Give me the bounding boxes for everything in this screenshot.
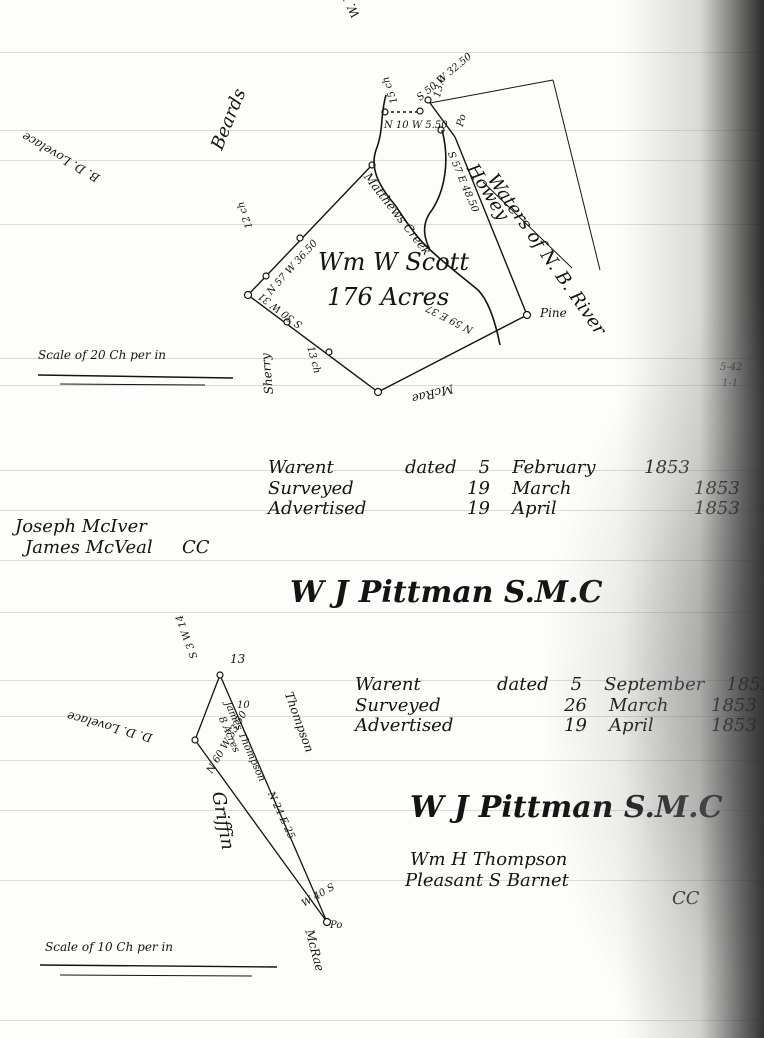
chain-carriers-suffix: CC (672, 888, 700, 909)
date-month: March (512, 479, 672, 500)
date-year: 1853 (711, 716, 757, 737)
date-label: Surveyed (355, 696, 535, 717)
date-label: Advertised (355, 716, 535, 737)
date-month: September (604, 675, 704, 696)
plat-2-scale: Scale of 10 Ch per in (45, 940, 173, 954)
date-month: April (512, 499, 672, 520)
date-day: 19 (460, 499, 490, 520)
scale-1-rule (38, 375, 233, 378)
chain-carrier: Pleasant S Barnet (405, 871, 569, 892)
plat-1-scale: Scale of 20 Ch per in (38, 348, 166, 362)
date-year: 1853 (644, 458, 690, 479)
survey-page: Wm W Scott 176 Acres Waters of N. B. Riv… (0, 0, 764, 1038)
plat-2-bearing: 10 (237, 700, 250, 711)
date-day: 19 (460, 479, 490, 500)
date-label: Warent (355, 675, 475, 696)
plat-2-bearing: Po (330, 920, 342, 931)
chain-carrier: Joseph McIver (15, 517, 153, 538)
date-year: 1853 (694, 479, 740, 500)
date-connector: dated (405, 458, 457, 479)
plat-1-owner: Wm W Scott (318, 248, 469, 276)
plat-1-corner-pine: Pine (540, 306, 567, 320)
date-day: 26 (557, 696, 587, 717)
date-row-warent: Warent dated 5 February 1853 (268, 458, 740, 479)
plat-1-surveyor-signature: W J Pittman S.M.C (290, 575, 602, 610)
date-row-warent: Warent dated 5 September 1852 (355, 675, 764, 696)
scale-1-rule-2 (60, 384, 205, 385)
date-day: 19 (557, 716, 587, 737)
scale-2-rule (40, 965, 277, 967)
date-month: March (609, 696, 689, 717)
date-year: 1853 (711, 696, 757, 717)
date-row-surveyed: Surveyed 19 March 1853 (268, 479, 740, 500)
margin-note: 5-42 (720, 362, 742, 373)
plat-2-chain-carriers: Wm H Thompson Pleasant S Barnet (405, 850, 569, 891)
date-row-advertised: Advertised 19 April 1853 (355, 716, 764, 737)
date-connector: dated (497, 675, 549, 696)
date-year: 1852 (726, 675, 764, 696)
chain-carrier: James McVeal (15, 538, 153, 559)
chain-carrier: Wm H Thompson (405, 850, 569, 871)
plat-2-surveyor-signature: W J Pittman S.M.C (410, 790, 722, 825)
date-label: Advertised (268, 499, 438, 520)
plat-2-dates: Warent dated 5 September 1852 Surveyed 2… (355, 675, 764, 737)
date-day: 5 (571, 675, 582, 696)
date-row-surveyed: Surveyed 26 March 1853 (355, 696, 764, 717)
chain-carriers-suffix: CC (182, 537, 210, 558)
scale-2-rule-2 (60, 975, 252, 976)
margin-note: 1-1 (722, 378, 738, 389)
date-label: Warent (268, 458, 383, 479)
plat-1-corners (245, 97, 531, 396)
date-month: April (609, 716, 689, 737)
plat-1-bearing: N 10 W 5.50 (384, 120, 448, 131)
plat-1-dates: Warent dated 5 February 1853 Surveyed 19… (268, 458, 740, 520)
date-label: Surveyed (268, 479, 438, 500)
date-month: February (512, 458, 622, 479)
date-day: 5 (479, 458, 490, 479)
plat-1-chain-carriers: Joseph McIver James McVeal (15, 517, 153, 558)
date-row-advertised: Advertised 19 April 1853 (268, 499, 740, 520)
date-year: 1853 (694, 499, 740, 520)
plat-2-bearing: 13 (230, 652, 245, 666)
